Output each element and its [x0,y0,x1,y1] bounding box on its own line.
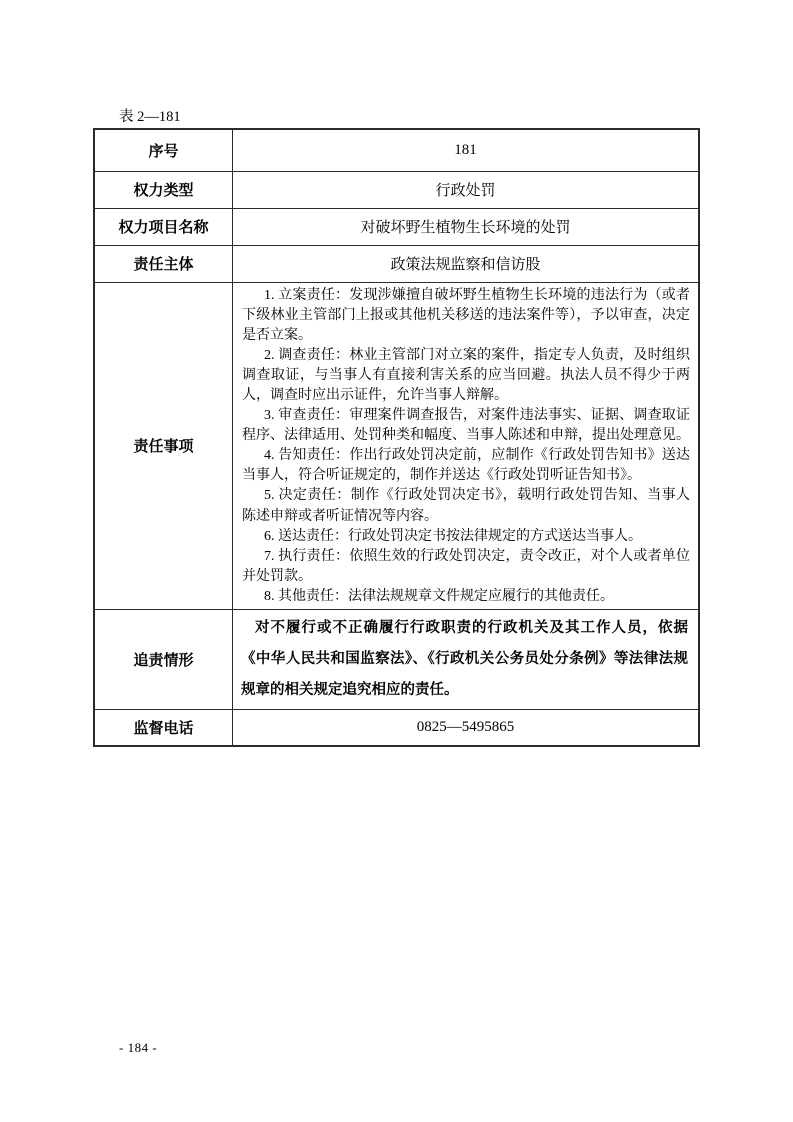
responsible-body-value: 政策法规监察和信访股 [233,245,700,282]
power-type-label: 权力类型 [94,171,233,208]
duty-item: 5. 决定责任：制作《行政处罚决定书》，载明行政处罚告知、当事人陈述申辩或者听证… [242,486,690,526]
accountability-text: 对不履行或不正确履行行政职责的行政机关及其工作人员，依据《中华人民共和国监察法》… [241,613,688,706]
table-row: 责任事项 1. 立案责任：发现涉嫌擅自破坏野生植物生长环境的违法行为（或者下级林… [94,282,699,610]
table-caption: 表 2—181 [119,105,181,126]
responsible-body-label: 责任主体 [94,245,233,282]
duties-content: 1. 立案责任：发现涉嫌擅自破坏野生植物生长环境的违法行为（或者下级林业主管部门… [233,282,700,610]
supervision-phone-label: 监督电话 [94,710,233,746]
duty-item: 6. 送达责任：行政处罚决定书按法律规定的方式送达当事人。 [242,527,690,547]
table-row: 责任主体 政策法规监察和信访股 [94,245,699,282]
accountability-label: 追责情形 [94,610,233,710]
accountability-content: 对不履行或不正确履行行政职责的行政机关及其工作人员，依据《中华人民共和国监察法》… [233,610,700,710]
table-row: 权力类型 行政处罚 [94,171,699,208]
duty-item: 7. 执行责任：依照生效的行政处罚决定，责令改正，对个人或者单位并处罚款。 [242,547,690,587]
table-row: 权力项目名称 对破坏野生植物生长环境的处罚 [94,208,699,245]
duty-item: 4. 告知责任：作出行政处罚决定前，应制作《行政处罚告知书》送达当事人，符合听证… [242,446,690,486]
table-row: 序号 181 [94,129,699,171]
duty-item: 3. 审查责任：审理案件调查报告，对案件违法事实、证据、调查取证程序、法律适用、… [242,406,690,446]
serial-label: 序号 [94,129,233,171]
document-page: 表 2—181 序号 181 权力类型 行政处罚 权力项目名称 对破坏野生植物生… [0,0,793,1122]
page-number: - 184 - [119,1040,157,1056]
table-row: 追责情形 对不履行或不正确履行行政职责的行政机关及其工作人员，依据《中华人民共和… [94,610,699,710]
power-name-value: 对破坏野生植物生长环境的处罚 [233,208,700,245]
power-name-label: 权力项目名称 [94,208,233,245]
duties-label: 责任事项 [94,282,233,610]
duty-item: 1. 立案责任：发现涉嫌擅自破坏野生植物生长环境的违法行为（或者下级林业主管部门… [242,286,690,346]
serial-value: 181 [233,129,700,171]
table-row: 监督电话 0825—5495865 [94,710,699,746]
supervision-phone-value: 0825—5495865 [233,710,700,746]
power-type-value: 行政处罚 [233,171,700,208]
responsibility-table: 序号 181 权力类型 行政处罚 权力项目名称 对破坏野生植物生长环境的处罚 责… [93,128,700,747]
duty-item: 8. 其他责任：法律法规规章文件规定应履行的其他责任。 [242,587,690,607]
duty-item: 2. 调查责任：林业主管部门对立案的案件，指定专人负责，及时组织调查取证，与当事… [242,346,690,406]
